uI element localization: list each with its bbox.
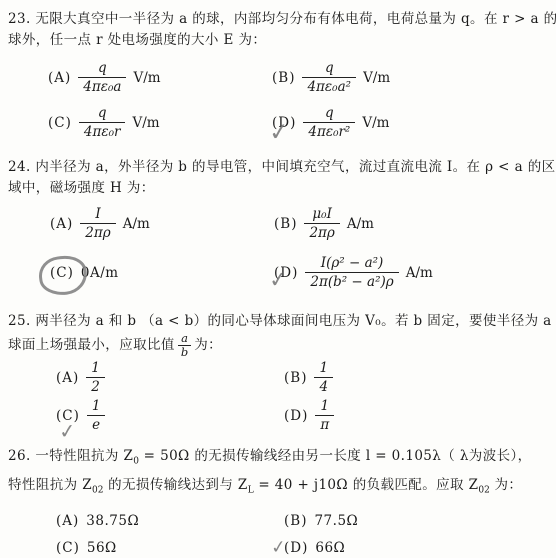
stem-text: 的无损传输线达到与 Z [103, 477, 247, 493]
fraction-numerator: 1 [314, 360, 333, 377]
fraction-denominator: 4πε₀r [79, 122, 126, 141]
question-number: 26. [8, 448, 31, 464]
stem-text: 无限大真空中一半径为 a 的球，内部均匀分布有体电荷，电荷总量为 q。在 r >… [35, 11, 556, 27]
option-label: (B) [272, 70, 295, 86]
option-26d: (D)✓ 66Ω [284, 535, 550, 558]
option-26a: (A) 38.75Ω [56, 508, 278, 535]
option-25d: (D) 1π [284, 397, 550, 435]
option-label: (A) [56, 513, 79, 529]
option-text: 38.75Ω [86, 511, 139, 532]
option-unit: V/m [363, 68, 390, 89]
option-23b: (B) q4πε₀a² V/m [272, 56, 550, 100]
fraction-numerator: 1 [86, 360, 105, 377]
question-24: 24. 内半径为 a，外半径为 b 的导电管，中间填充空气，流过直流电流 I。在… [8, 157, 550, 299]
option-label: (D) [284, 408, 308, 424]
stem-text: 两半径为 a 和 b （a < b）的同心导体球面间电压为 V₀。若 b 固定，… [35, 313, 556, 329]
fraction-numerator: q [78, 60, 126, 77]
fraction-numerator: I(ρ² − a²) [305, 255, 398, 272]
fraction-numerator: q [302, 60, 356, 77]
question-stem-line: 24. 内半径为 a，外半径为 b 的导电管，中间填充空气，流过直流电流 I。在… [8, 157, 550, 178]
option-label: (C) [56, 540, 80, 556]
stem-text: = 40 + j10Ω 的负载匹配。应取 Z [254, 477, 479, 493]
question-stem: 24. 内半径为 a，外半径为 b 的导电管，中间填充空气，流过直流电流 I。在… [8, 157, 550, 199]
option-label: (C) [56, 408, 80, 424]
inline-fraction: ab [178, 332, 191, 359]
fraction-denominator: 2π(b² − a²)ρ [305, 272, 398, 291]
fraction: 14 [314, 360, 333, 396]
option-text: 77.5Ω [314, 511, 358, 532]
option-unit: A/m [123, 214, 150, 235]
fraction: I(ρ² − a²)2π(b² − a²)ρ [305, 255, 398, 291]
fraction-denominator: 2πρ [304, 223, 339, 242]
option-label: (C) [48, 115, 72, 131]
fraction-denominator: 4πε₀a² [302, 77, 356, 96]
question-stem: 23. 无限大真空中一半径为 a 的球，内部均匀分布有体电荷，电荷总量为 q。在… [8, 9, 550, 51]
fraction: q4πε₀r² [303, 105, 355, 141]
option-24c: (C) 0A/m [50, 247, 268, 299]
option-24d: (D)✓ I(ρ² − a²)2π(b² − a²)ρ A/m [274, 247, 550, 299]
option-26b: (B) 77.5Ω [284, 508, 550, 535]
stem-text: 内半径为 a，外半径为 b 的导电管，中间填充空气，流过直流电流 I。在 ρ <… [35, 159, 555, 175]
question-26: 26. 一特性阻抗为 Z0 = 50Ω 的无损传输线经由另一长度 l = 0.1… [8, 445, 550, 558]
option-label: (D) [272, 115, 296, 131]
subscript: 02 [478, 485, 489, 495]
fraction: I2πρ [80, 206, 115, 242]
fraction: q4πε₀a [78, 60, 126, 96]
option-label: (D) [284, 540, 308, 556]
fraction-numerator: 1 [87, 398, 106, 415]
question-23: 23. 无限大真空中一半径为 a 的球，内部均匀分布有体电荷，电荷总量为 q。在… [8, 9, 550, 146]
question-stem-line: 球面上场强最小，应取比值ab为： [8, 332, 550, 359]
question-stem-line: 26. 一特性阻抗为 Z0 = 50Ω 的无损传输线经由另一长度 l = 0.1… [8, 445, 550, 474]
fraction-numerator: q [303, 105, 355, 122]
exam-page: 23. 无限大真空中一半径为 a 的球，内部均匀分布有体电荷，电荷总量为 q。在… [0, 0, 556, 558]
option-unit: V/m [133, 68, 160, 89]
option-23c: (C) q4πε₀r V/m [48, 100, 266, 146]
fraction: μ₀I2πρ [304, 206, 339, 242]
option-label: (A) [50, 216, 73, 232]
fraction-denominator: 4πε₀a [78, 77, 126, 96]
fraction-denominator: π [315, 415, 334, 434]
question-stem-line: 特性阻抗为 Z02 的无损传输线达到与 ZL = 40 + j10Ω 的负载匹配… [8, 474, 550, 503]
option-24a: (A) I2πρ A/m [50, 201, 268, 247]
stem-text: 一特性阻抗为 Z [35, 448, 133, 464]
question-stem: 25. 两半径为 a 和 b （a < b）的同心导体球面间电压为 V₀。若 b… [8, 311, 550, 359]
options-grid: (A) 12 (B) 14 (C)✓ 1e (D) 1π [56, 359, 550, 435]
option-25c: (C)✓ 1e [56, 397, 278, 435]
question-number: 25. [8, 313, 31, 329]
option-label: (A) [56, 370, 79, 386]
fraction-denominator: b [178, 345, 191, 359]
option-unit: A/m [406, 263, 433, 284]
question-stem-line: 25. 两半径为 a 和 b （a < b）的同心导体球面间电压为 V₀。若 b… [8, 311, 550, 332]
option-label: (B) [274, 216, 297, 232]
option-label: (B) [284, 370, 307, 386]
fraction: q4πε₀r [79, 105, 126, 141]
stem-text: 特性阻抗为 Z [8, 477, 92, 493]
options-grid: (A) 38.75Ω (B) 77.5Ω (C) 56Ω (D)✓ 66Ω [56, 508, 550, 558]
stem-text: 为： [490, 477, 523, 493]
fraction-denominator: 2 [86, 377, 105, 396]
fraction-numerator: q [79, 105, 126, 122]
option-label: (D) [274, 265, 298, 281]
question-number: 23. [8, 11, 31, 27]
fraction-denominator: 4πε₀r² [303, 122, 355, 141]
option-24b: (B) μ₀I2πρ A/m [274, 201, 550, 247]
question-number: 24. [8, 159, 31, 175]
question-stem-line: 23. 无限大真空中一半径为 a 的球，内部均匀分布有体电荷，电荷总量为 q。在… [8, 9, 550, 30]
option-unit: A/m [347, 214, 374, 235]
fraction: 1e [87, 398, 106, 434]
option-26c: (C) 56Ω [56, 535, 278, 558]
question-stem: 26. 一特性阻抗为 Z0 = 50Ω 的无损传输线经由另一长度 l = 0.1… [8, 445, 550, 502]
fraction-numerator: 1 [315, 398, 334, 415]
question-25: 25. 两半径为 a 和 b （a < b）的同心导体球面间电压为 V₀。若 b… [8, 311, 550, 435]
option-unit: V/m [362, 113, 389, 134]
fraction-numerator: μ₀I [304, 206, 339, 223]
option-25a: (A) 12 [56, 359, 278, 397]
option-label: (C) [50, 265, 74, 281]
options-grid: (A) q4πε₀a V/m (B) q4πε₀a² V/m (C) q4πε₀… [48, 56, 550, 146]
option-text: 56Ω [87, 538, 117, 558]
stem-text: = 50Ω 的无损传输线经由另一长度 l = 0.105λ（ λ为波长）， [139, 448, 532, 464]
fraction: q4πε₀a² [302, 60, 356, 96]
fraction-numerator: I [80, 206, 115, 223]
fraction-numerator: a [178, 332, 191, 345]
fraction: 12 [86, 360, 105, 396]
option-unit: V/m [132, 113, 159, 134]
option-23d: (D)✓ q4πε₀r² V/m [272, 100, 550, 146]
option-label: (A) [48, 70, 71, 86]
option-text: 0A/m [81, 263, 119, 284]
option-25b: (B) 14 [284, 359, 550, 397]
fraction-denominator: 4 [314, 377, 333, 396]
stem-text: 球面上场强最小，应取比值 [8, 337, 175, 353]
option-text: 66Ω [315, 538, 345, 558]
stem-text: 为： [194, 337, 222, 353]
subscript: 02 [92, 485, 103, 495]
option-label: (B) [284, 513, 307, 529]
fraction-denominator: 2πρ [80, 223, 115, 242]
option-23a: (A) q4πε₀a V/m [48, 56, 266, 100]
question-stem-line: 球外，任一点 r 处电场强度的大小 E 为： [8, 30, 550, 51]
fraction-denominator: e [87, 415, 106, 434]
options-grid: (A) I2πρ A/m (B) μ₀I2πρ A/m (C) 0A/m (D)… [50, 201, 550, 299]
question-stem-line: 域中，磁场强度 H 为： [8, 178, 550, 199]
fraction: 1π [315, 398, 334, 434]
